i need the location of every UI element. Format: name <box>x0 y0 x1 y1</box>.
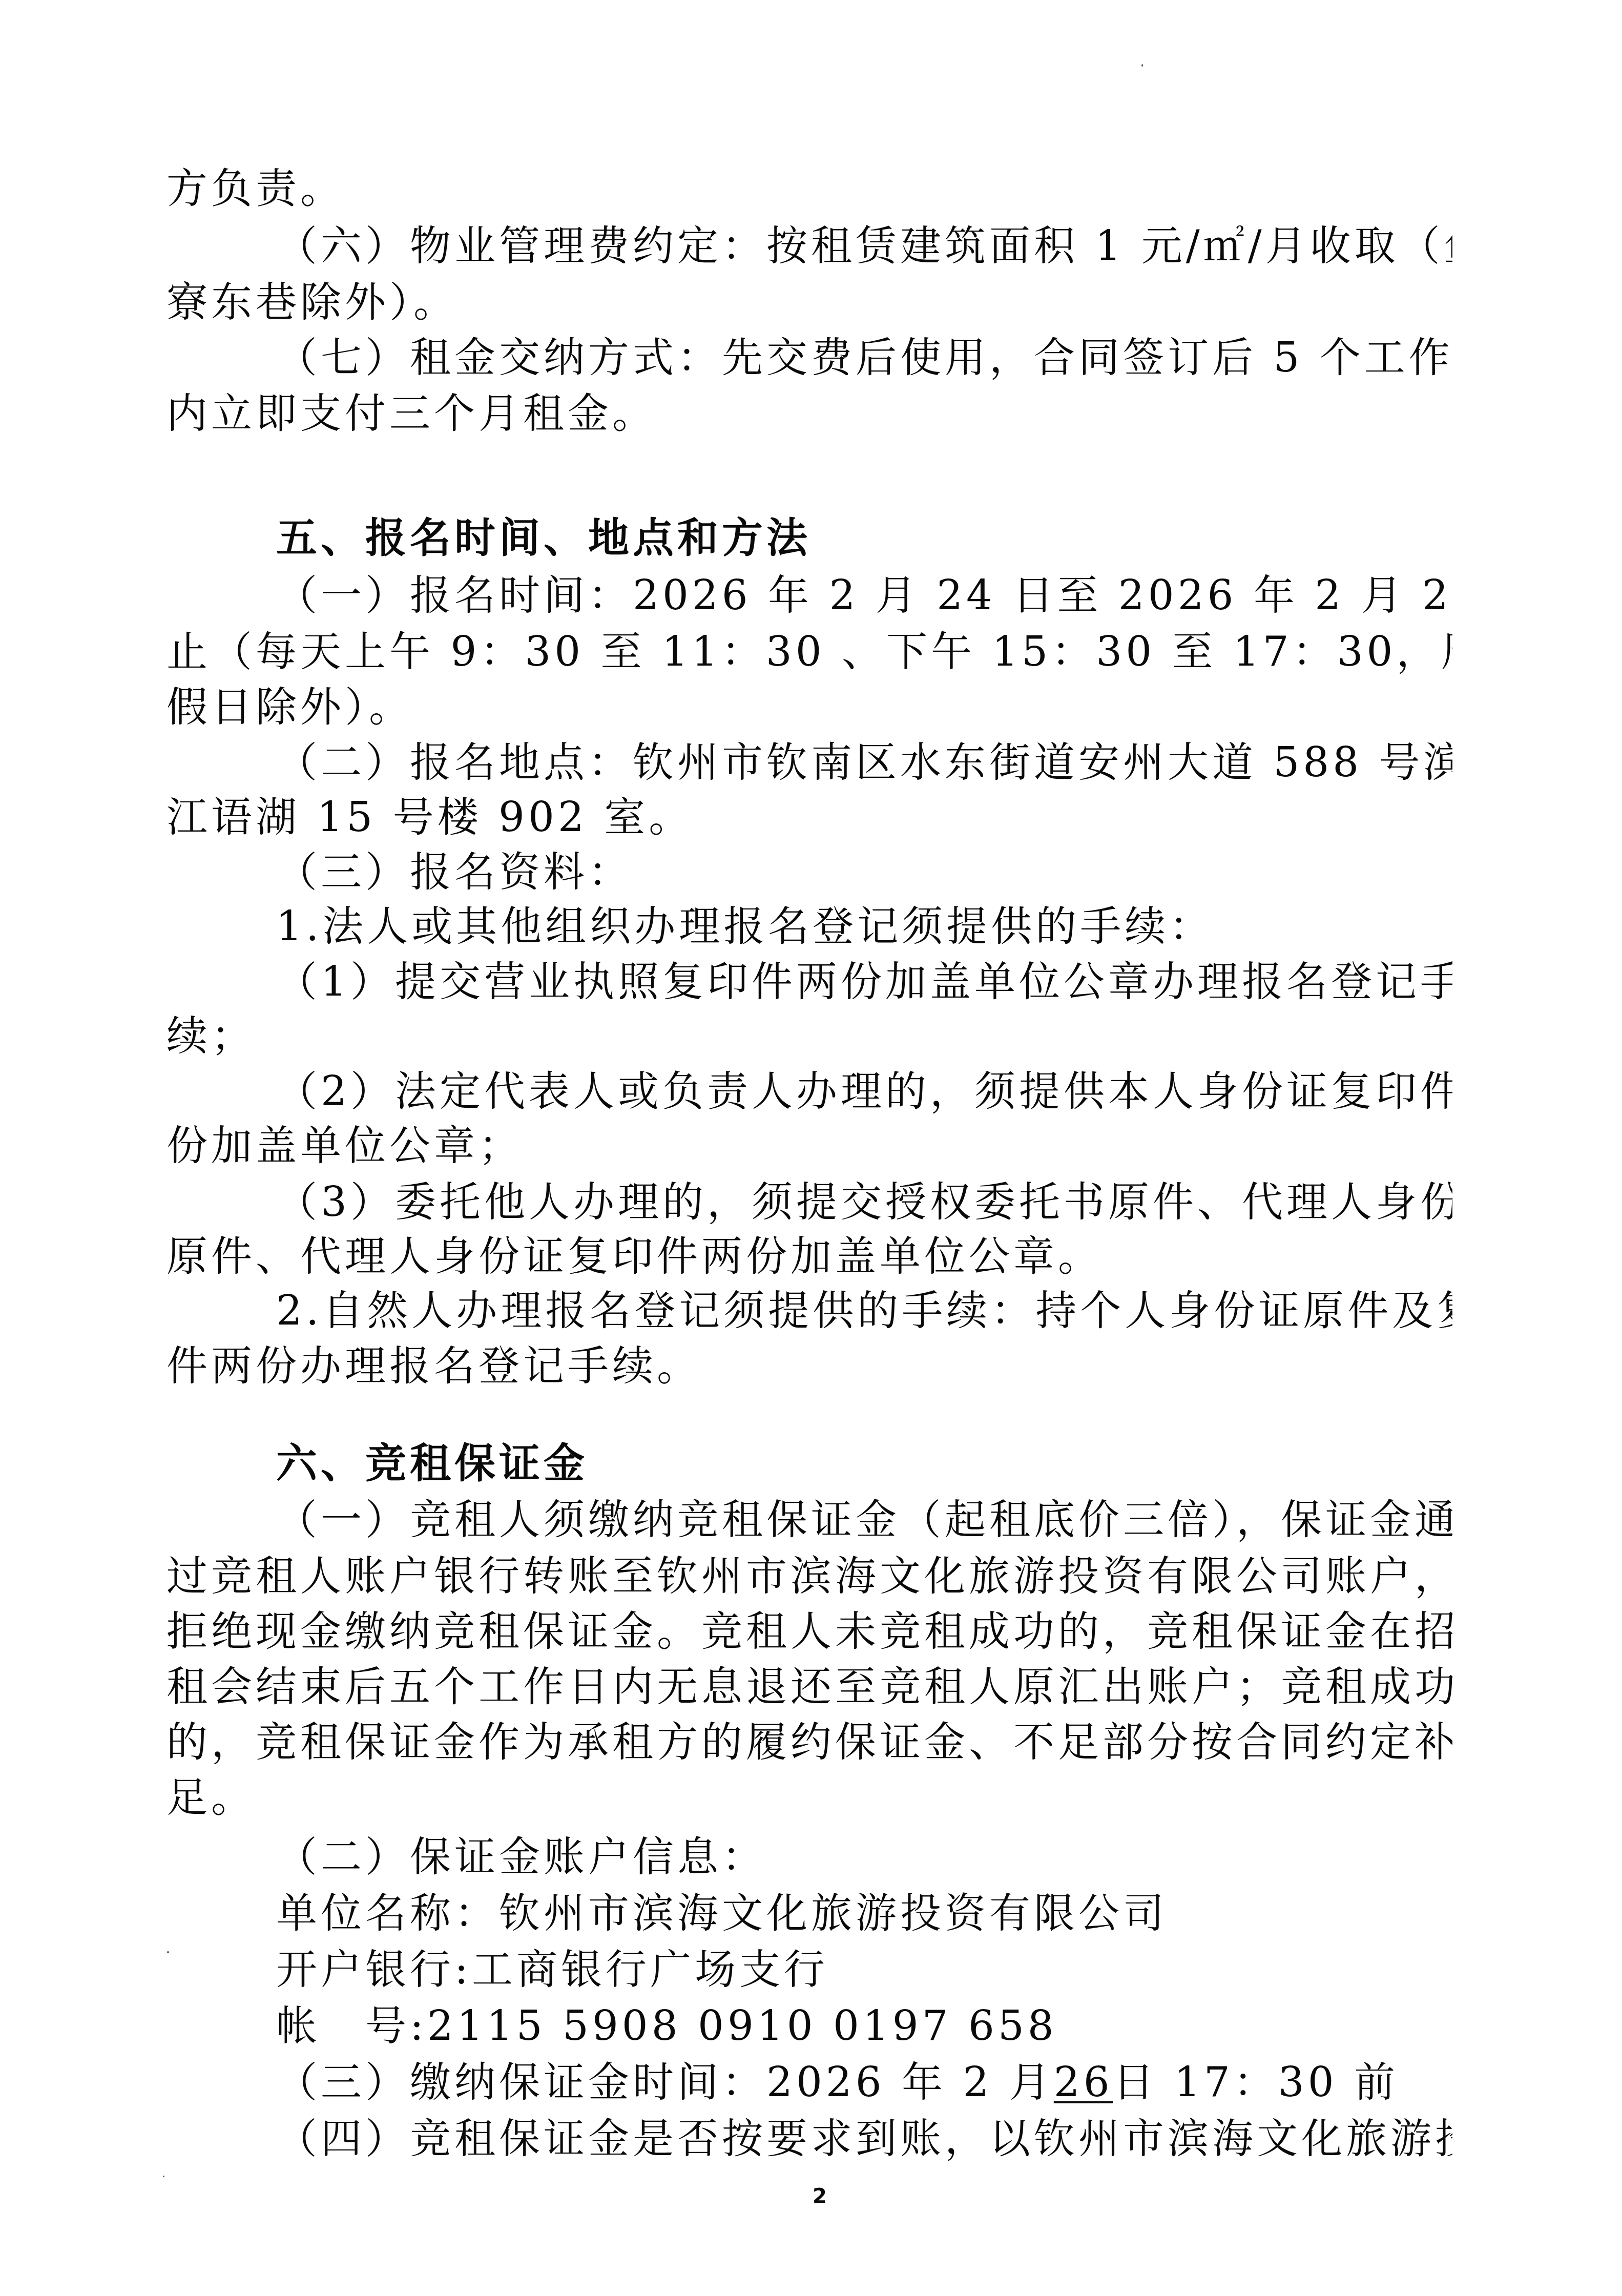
scan-speck <box>1141 64 1143 67</box>
account-name-label: 单位名称： <box>276 1889 499 1937</box>
paragraph-line-deposit-verification: （四）竞租保证金是否按要求到账，以钦州市滨海文化旅游投 <box>167 2113 1452 2164</box>
paragraph-line: 内立即支付三个月租金。 <box>167 388 1452 439</box>
paragraph-line-natural-person: 2.自然人办理报名登记须提供的手续：持个人身份证原件及复印 <box>167 1285 1452 1336</box>
paragraph-line: 方负责。 <box>167 163 1452 214</box>
paragraph-line: 寮东巷除外）。 <box>167 277 1452 328</box>
paragraph-line: 过竞租人账户银行转账至钦州市滨海文化旅游投资有限公司账户， <box>167 1550 1452 1602</box>
paragraph-line-property-fee: （六）物业管理费约定：按租赁建筑面积 1 元/㎡/月收取（鱼 <box>167 220 1452 272</box>
paragraph-line: 足。 <box>167 1772 1452 1823</box>
paragraph-line-account-info: （二）保证金账户信息： <box>167 1831 1452 1883</box>
account-number-row: 帐 号:2115 5908 0910 0197 658 <box>167 2000 1452 2052</box>
paragraph-line: 假日除外）。 <box>167 681 1452 733</box>
paragraph-line: 续； <box>167 1010 1452 1062</box>
paragraph-line-payment-method: （七）租金交纳方式：先交费后使用，合同签订后 5 个工作日 <box>167 332 1452 383</box>
section-heading-registration: 五、报名时间、地点和方法 <box>167 512 1452 564</box>
scan-speck <box>167 1951 169 1953</box>
account-bank-row: 开户银行:工商银行广场支行 <box>167 1944 1452 1995</box>
paragraph-line: 件两份办理报名登记手续。 <box>167 1340 1452 1392</box>
paragraph-line-deposit-requirement: （一）竞租人须缴纳竞租保证金（起租底价三倍），保证金通 <box>167 1494 1452 1545</box>
paragraph-line-registration-time: （一）报名时间：2026 年 2 月 24 日至 2026 年 2 月 26 日… <box>167 570 1452 621</box>
section-heading-deposit: 六、竞租保证金 <box>167 1438 1452 1489</box>
paragraph-line: 的，竞租保证金作为承租方的履约保证金、不足部分按合同约定补 <box>167 1716 1452 1768</box>
account-bank-label: 开户银行: <box>276 1946 472 1993</box>
paragraph-line: 原件、代理人身份证复印件两份加盖单位公章。 <box>167 1231 1452 1282</box>
paragraph-line: 止（每天上午 9：30 至 11：30 、下午 15：30 至 17：30，周末… <box>167 626 1452 677</box>
paragraph-line-item-1: （1）提交营业执照复印件两份加盖单位公章办理报名登记手 <box>167 956 1452 1007</box>
scan-speck <box>163 2176 164 2177</box>
account-name-row: 单位名称：钦州市滨海文化旅游投资有限公司 <box>167 1888 1452 1939</box>
account-bank-value: 工商银行广场支行 <box>472 1946 828 1993</box>
paragraph-line: 拒绝现金缴纳竞租保证金。竞租人未竞租成功的，竞租保证金在招 <box>167 1606 1452 1657</box>
account-name-value: 钦州市滨海文化旅游投资有限公司 <box>499 1889 1168 1937</box>
paragraph-line-deposit-deadline: （三）缴纳保证金时间：2026 年 2 月26日 17：30 前 <box>167 2057 1452 2108</box>
paragraph-line: 江语湖 15 号楼 902 室。 <box>167 792 1452 843</box>
paragraph-line: 租会结束后五个工作日内无息退还至竞租人原汇出账户；竞租成功 <box>167 1661 1452 1712</box>
paragraph-line: 份加盖单位公章； <box>167 1120 1452 1171</box>
deadline-day-underlined: 26 <box>1054 2058 1113 2106</box>
deadline-suffix: 日 17：30 前 <box>1113 2058 1399 2106</box>
account-number-value: 2115 5908 0910 0197 658 <box>427 2002 1057 2050</box>
paragraph-line-item-2: （2）法定代表人或负责人办理的，须提供本人身份证复印件两 <box>167 1066 1452 1117</box>
paragraph-line-registration-place: （二）报名地点：钦州市钦南区水东街道安州大道 588 号滨海 <box>167 737 1452 788</box>
page-number: 2 <box>804 2184 835 2209</box>
account-number-label: 帐 号: <box>276 2002 427 2050</box>
paragraph-line-item-3: （3）委托他人办理的，须提交授权委托书原件、代理人身份证 <box>167 1176 1452 1228</box>
paragraph-line-registration-materials: （三）报名资料： <box>167 846 1452 898</box>
paragraph-line-legal-entity: 1.法人或其他组织办理报名登记须提供的手续： <box>167 901 1452 952</box>
deadline-prefix: （三）缴纳保证金时间：2026 年 2 月 <box>276 2058 1054 2106</box>
